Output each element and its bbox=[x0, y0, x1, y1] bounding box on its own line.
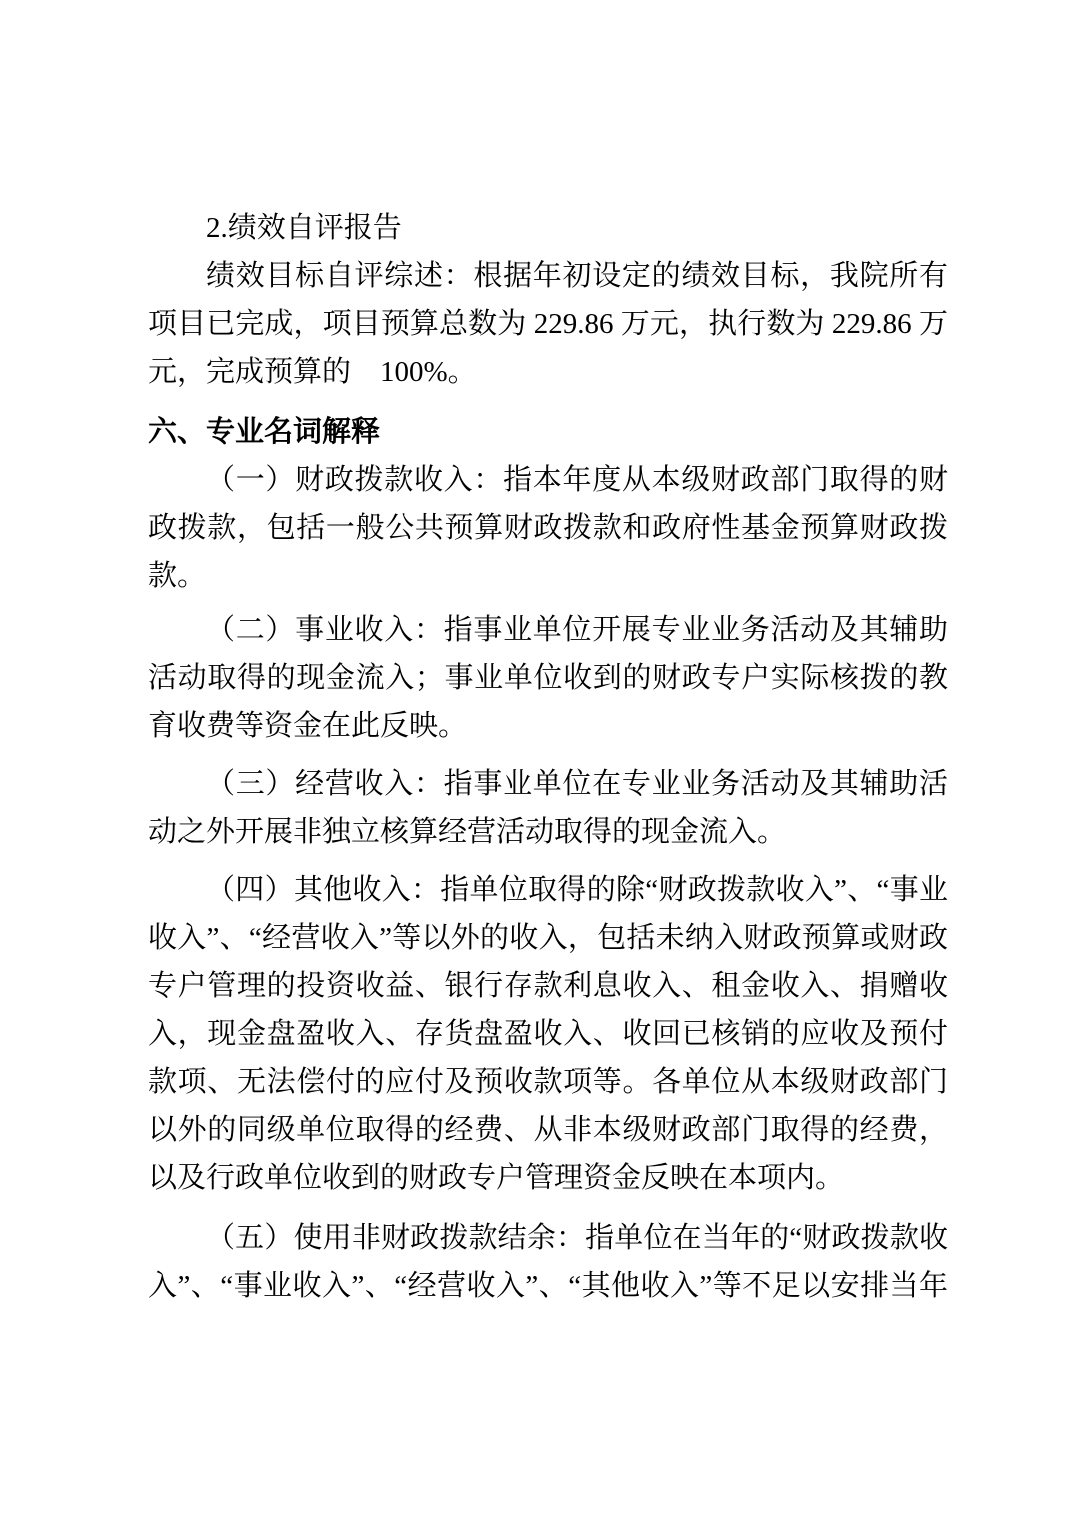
paragraph-self-eval-title: 2.绩效自评报告 bbox=[148, 204, 948, 252]
text-line: （三）经营收入：指事业单位在专业业务活动及其辅助活 bbox=[148, 760, 948, 808]
text-line: 专户管理的投资收益、银行存款利息收入、租金收入、捐赠收 bbox=[148, 962, 948, 1010]
text-line: 入”、“事业收入”、“经营收入”、“其他收入”等不足以安排当年 bbox=[148, 1262, 948, 1310]
text-line: 以及行政单位收到的财政专户管理资金反映在本项内。 bbox=[148, 1154, 948, 1202]
paragraph-term-5-non-fiscal-balance: （五）使用非财政拨款结余：指单位在当年的“财政拨款收 入”、“事业收入”、“经营… bbox=[148, 1214, 948, 1310]
text-line: （五）使用非财政拨款结余：指单位在当年的“财政拨款收 bbox=[148, 1214, 948, 1262]
text-line: 绩效目标自评综述：根据年初设定的绩效目标，我院所有 bbox=[148, 252, 948, 300]
section-heading-terms: 六、专业名词解释 bbox=[148, 408, 948, 456]
text-block: 2.绩效自评报告 绩效目标自评综述：根据年初设定的绩效目标，我院所有 项目已完成… bbox=[148, 204, 948, 1310]
text-line: （二）事业收入：指事业单位开展专业业务活动及其辅助 bbox=[148, 606, 948, 654]
paragraph-performance-summary: 绩效目标自评综述：根据年初设定的绩效目标，我院所有 项目已完成，项目预算总数为 … bbox=[148, 252, 948, 396]
paragraph-term-4-other-income: （四）其他收入：指单位取得的除“财政拨款收入”、“事业 收入”、“经营收入”等以… bbox=[148, 866, 948, 1202]
text-line: （一）财政拨款收入：指本年度从本级财政部门取得的财 bbox=[148, 456, 948, 504]
text-line: 活动取得的现金流入；事业单位收到的财政专户实际核拨的教 bbox=[148, 654, 948, 702]
text-line: 政拨款，包括一般公共预算财政拨款和政府性基金预算财政拨 bbox=[148, 504, 948, 552]
text-line: 元，完成预算的 100%。 bbox=[148, 348, 948, 396]
text-line: 款。 bbox=[148, 552, 948, 600]
text-line: 入，现金盘盈收入、存货盘盈收入、收回已核销的应收及预付 bbox=[148, 1010, 948, 1058]
paragraph-term-3-business-income: （三）经营收入：指事业单位在专业业务活动及其辅助活 动之外开展非独立核算经营活动… bbox=[148, 760, 948, 856]
text-line: 以外的同级单位取得的经费、从非本级财政部门取得的经费， bbox=[148, 1106, 948, 1154]
text-line: 款项、无法偿付的应付及预收款项等。各单位从本级财政部门 bbox=[148, 1058, 948, 1106]
paragraph-term-1-fiscal-appropriation-income: （一）财政拨款收入：指本年度从本级财政部门取得的财 政拨款，包括一般公共预算财政… bbox=[148, 456, 948, 600]
document-page: 2.绩效自评报告 绩效目标自评综述：根据年初设定的绩效目标，我院所有 项目已完成… bbox=[0, 0, 1074, 1520]
paragraph-term-2-operating-income: （二）事业收入：指事业单位开展专业业务活动及其辅助 活动取得的现金流入；事业单位… bbox=[148, 606, 948, 750]
subsection-title: 2.绩效自评报告 bbox=[148, 204, 948, 252]
text-line: 动之外开展非独立核算经营活动取得的现金流入。 bbox=[148, 808, 948, 856]
text-line: 育收费等资金在此反映。 bbox=[148, 702, 948, 750]
text-line: 收入”、“经营收入”等以外的收入，包括未纳入财政预算或财政 bbox=[148, 914, 948, 962]
text-line: 项目已完成，项目预算总数为 229.86 万元，执行数为 229.86 万 bbox=[148, 300, 948, 348]
text-line: （四）其他收入：指单位取得的除“财政拨款收入”、“事业 bbox=[148, 866, 948, 914]
